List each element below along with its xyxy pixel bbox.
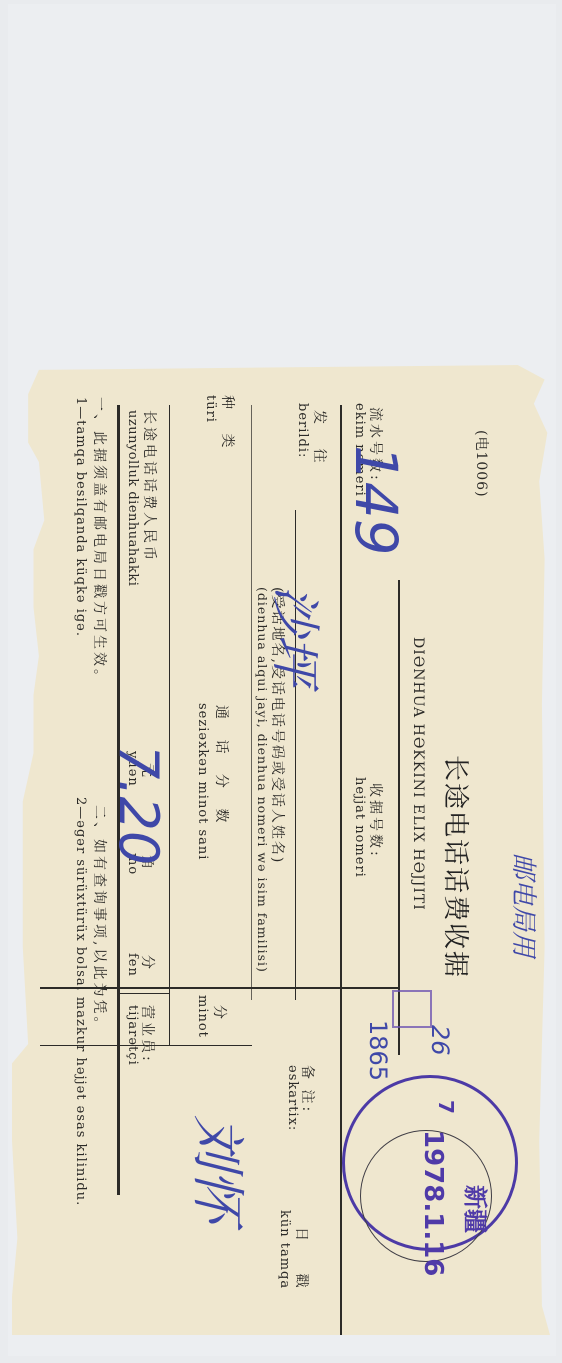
minute-unit-latin: minot (195, 995, 210, 1038)
minutes-cn: 通 话 分 数 (212, 705, 232, 830)
type-latin: türi (203, 395, 218, 423)
fen-latin: fen (125, 953, 140, 977)
handwritten-receipt-no: 1865 (364, 1020, 392, 1081)
minute-unit-cn: 分 (210, 1005, 230, 1029)
title-latin: DIƏNHUA HƏKKINI ELIX HƏJJITI (410, 637, 426, 911)
small-seal (392, 990, 432, 1028)
note2-latin: 2—əgər sürüxtürüx bolsa, mazkur həjjət ə… (73, 797, 88, 1206)
form-code: (电1006) (472, 430, 492, 498)
row-rule-2 (251, 405, 252, 1000)
date-stamp-cn: 日 戳 (292, 1227, 312, 1301)
handwritten-serial: 149 (342, 445, 410, 556)
handwritten-amount: 7.20 (107, 745, 170, 865)
postmark-date: 1978.1.16 (418, 1130, 448, 1276)
receipt-no-latin: hejjat nomeri (352, 777, 367, 878)
remarks-cn: 备 注: (298, 1065, 318, 1114)
clerk-divider (120, 993, 170, 994)
clerk-cn: 营业员: (138, 1005, 158, 1064)
remarks-latin: əskartix: (285, 1065, 300, 1131)
handwritten-margin-note: 邮电局用 (507, 853, 544, 957)
row-rule-3 (169, 405, 170, 1045)
phone-fee-receipt: (电1006) 长途电话话费收据 DIƏNHUA HƏKKINI ELIX HƏ… (12, 365, 550, 1335)
fen-cn: 分 (138, 955, 158, 969)
fee-label-latin: uzunyolluk dienhuahakki (125, 410, 140, 586)
postmark-place: 新疆 (460, 1185, 495, 1233)
minutes-latin: sezi̇əxkən minot sani (195, 703, 210, 860)
note1-latin: 1—tamqa besilqanda küqkə igə. (73, 397, 88, 637)
title-rule (398, 580, 400, 1055)
destination-cn: 发 往 (310, 410, 330, 472)
date-stamp-latin: kün tamqa (277, 1210, 292, 1289)
fee-label-cn: 长途电话话费人民币 (140, 410, 160, 563)
destination-line (295, 510, 296, 1000)
handwritten-margin-number: 26 (426, 1025, 454, 1056)
title-cn: 长途电话话费收据 (439, 755, 476, 979)
handwritten-destination: 沙坪 (263, 585, 335, 685)
clerk-latin: tijarətçi (125, 1005, 140, 1066)
handwritten-signature: 刘怀 (183, 1115, 260, 1223)
note1-cn: 一、此据须盖有邮电局日戳方可生效。 (90, 397, 110, 686)
type-cn: 种 类 (218, 395, 238, 457)
destination-latin: berildi: (295, 403, 310, 458)
postmark-slot: 7 (434, 1100, 458, 1114)
receipt-no-cn: 收据号数: (366, 783, 386, 859)
